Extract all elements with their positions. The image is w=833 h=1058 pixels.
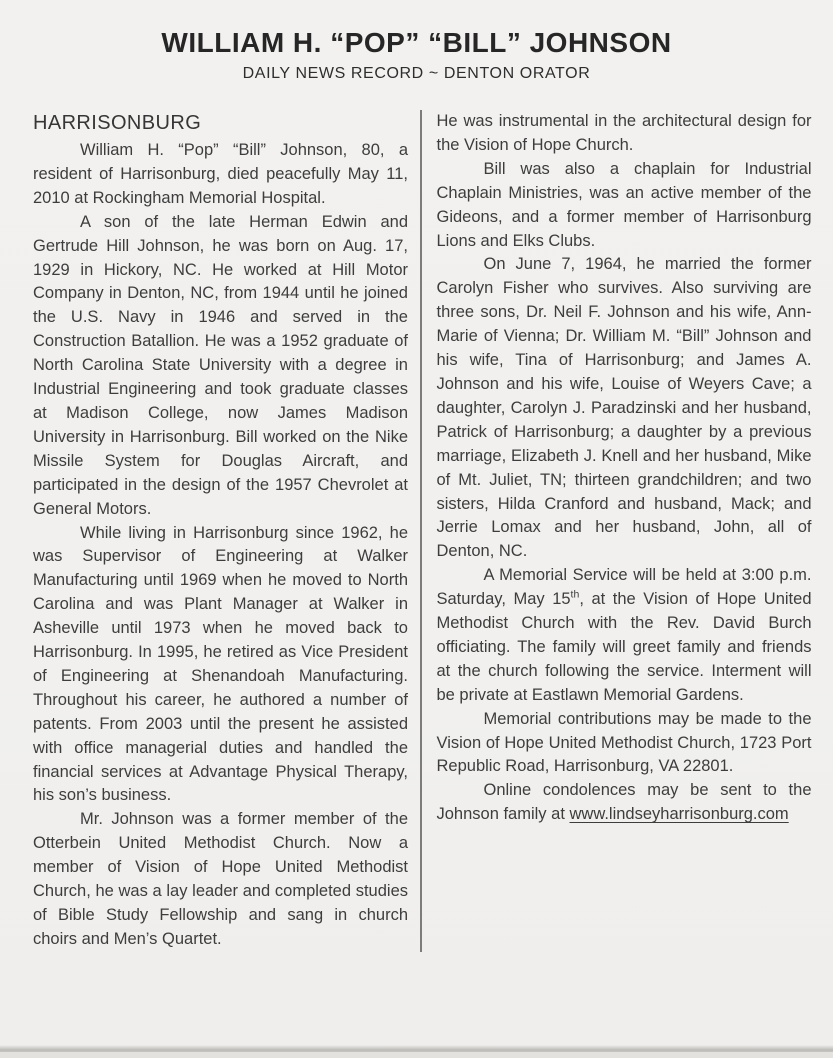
paragraph-memberships: Bill was also a chaplain for Industrial … — [437, 158, 812, 254]
paragraph-church-design: He was instrumental in the architectural… — [437, 110, 812, 158]
right-column: He was instrumental in the architectural… — [437, 110, 812, 952]
paragraph-survivors: On June 7, 1964, he married the former C… — [437, 253, 812, 564]
publication-subtitle: DAILY NEWS RECORD ~ DENTON ORATOR — [0, 63, 833, 85]
paragraph-church-membership: Mr. Johnson was a former member of the O… — [33, 808, 408, 951]
paragraph-career: While living in Harrisonburg since 1962,… — [33, 522, 408, 809]
obituary-title: WILLIAM H. “POP” “BILL” JOHNSON — [0, 0, 833, 60]
header: WILLIAM H. “POP” “BILL” JOHNSON DAILY NE… — [0, 0, 833, 85]
paragraph-contributions: Memorial contributions may be made to th… — [437, 708, 812, 780]
left-column: HARRISONBURG William H. “Pop” “Bill” Joh… — [33, 110, 408, 952]
paragraph-early-life: A son of the late Herman Edwin and Gertr… — [33, 211, 408, 522]
paragraph-memorial-service: A Memorial Service will be held at 3:00 … — [437, 564, 812, 707]
superscript-ordinal: th — [571, 589, 580, 601]
scan-bottom-shadow-edge — [0, 1045, 833, 1052]
dateline: HARRISONBURG — [33, 110, 408, 136]
paragraph-intro: William H. “Pop” “Bill” Johnson, 80, a r… — [33, 139, 408, 211]
scan-bottom-paper-edge — [0, 1052, 833, 1058]
paragraph-condolences: Online condolences may be sent to the Jo… — [437, 779, 812, 827]
column-divider — [420, 110, 422, 952]
obituary-scan-page: WILLIAM H. “POP” “BILL” JOHNSON DAILY NE… — [0, 0, 833, 1058]
article-body: HARRISONBURG William H. “Pop” “Bill” Joh… — [0, 110, 833, 952]
condolence-website-link[interactable]: www.lindseyharrisonburg.com — [570, 805, 789, 823]
